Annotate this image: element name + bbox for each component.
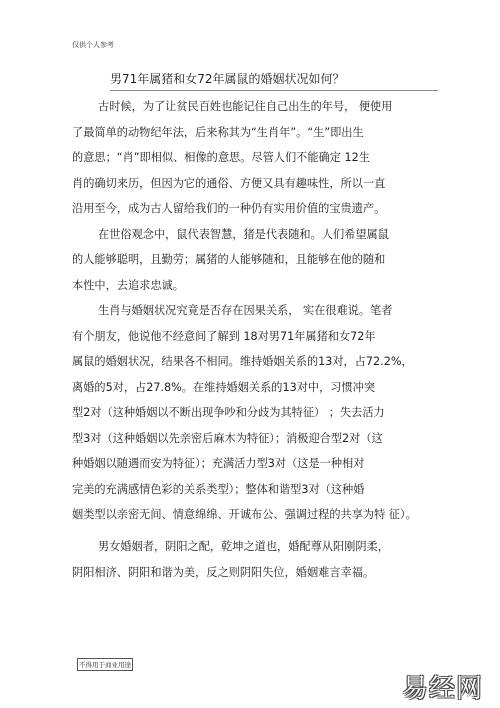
paragraph-line: 阴阳相济、阴阳和谐为美，反之则阴阳失位，婚姻难言幸福。	[72, 566, 374, 580]
footer-note: 不得用于商业用途	[77, 658, 133, 671]
paragraph-line: 型2对（这种婚姻以不断出现争吵和分歧为其特征） ；失去活力	[72, 406, 385, 420]
paragraph-line: 的意思；“肖”即相似、相像的意思。尽管人们不能确定 12生	[72, 151, 370, 165]
paragraph-line: 男女婚姻者，阴阳之配，乾坤之道也，婚配尊从阳刚阴柔，	[98, 540, 389, 554]
paragraph-line: 肖的确切来历，但因为它的通俗、方便又具有趣味性，所以一直	[72, 177, 385, 191]
paragraph-line: 有个朋友，他说他不经意间了解到 18对男71年属猪和女72年	[72, 330, 376, 344]
paragraph-line: 型3对（这种婚姻以先亲密后麻木为特征）；消极迎合型2对（这	[72, 432, 383, 446]
paragraph-line: 种婚姻以随遇而安为特征）；充满活力型3对（这是一种相对	[72, 457, 364, 471]
document-title: 男71年属猪和女72年属鼠的婚姻状况如何？	[110, 70, 438, 91]
paragraph-line: 本性中，去追求忠诚。	[72, 279, 184, 293]
paragraph-line: 古时候，为了让贫民百姓也能记住自己出生的年号， 便使用	[98, 100, 392, 114]
paragraph-line: 姻类型以亲密无间、情意绵绵、开诚布公、强调过程的共享为特 征）。	[72, 508, 417, 522]
paragraph-line: 属鼠的婚姻状况，结果各不相同。维持婚姻关系的13对，占72.2%，	[72, 355, 413, 369]
paragraph-line: 在世俗观念中，鼠代表智慧，猪是代表随和。人们希望属鼠	[98, 228, 389, 242]
paragraph-line: 离婚的5对，占27.8%。在维持婚姻关系的13对中，习惯冲突	[72, 381, 375, 395]
paragraph-line: 的人能够聪明，且勤劳；属猪的人能够随和，且能够在他的随和	[72, 253, 385, 267]
watermark-logo: 易经网	[402, 668, 483, 705]
paragraph-line: 沿用至今，成为古人留给我们的一种仍有实用价值的宝贵遗产。	[72, 202, 385, 216]
paragraph-line: 完美的充满感情色彩的关系类型）；整体和谐型3对（这种婚	[72, 483, 364, 497]
header-note: 仅供个人参考	[72, 40, 114, 50]
paragraph-line: 生肖与婚姻状况究竟是否存在因果关系， 实在很难说。笔者	[98, 304, 392, 318]
paragraph-line: 了最简单的动物纪年法，后来称其为“生肖年”。“生”即出生	[72, 126, 364, 140]
